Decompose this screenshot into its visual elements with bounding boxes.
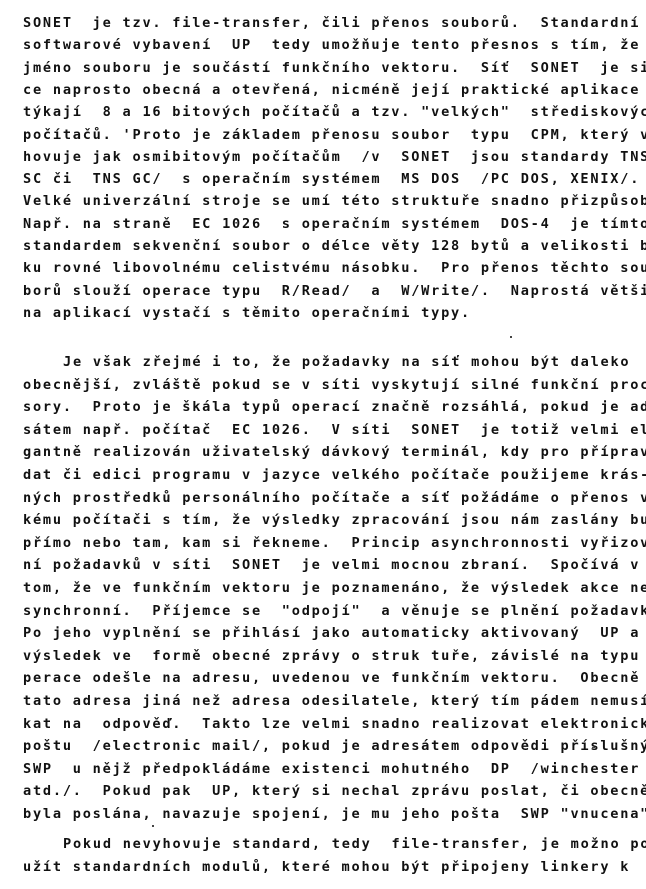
text-line: SC či TNS GC/ s operačním systémem MS DO… [23, 169, 640, 189]
text-line: ní požadavků v síti SONET je velmi mocno… [23, 555, 640, 575]
text-line: obecnější, zvláště pokud se v síti vysky… [23, 375, 646, 395]
text-line: byla poslána, navazuje spojení, je mu je… [23, 804, 646, 824]
text-line: počítačů. 'Proto je základem přenosu sou… [23, 125, 646, 145]
scan-speck [592, 747, 595, 748]
scan-speck [152, 825, 154, 827]
text-line: přímo nebo tam, kam si řekneme. Princip … [23, 533, 646, 553]
text-line: jméno souboru je součástí funkčního vekt… [23, 58, 646, 78]
text-line: ku rovné libovolnému celistvému násobku.… [23, 258, 646, 278]
text-line: Je však zřejmé i to, že požadavky na síť… [63, 352, 630, 372]
text-line: kému počítači s tím, že výsledky zpracov… [23, 510, 646, 530]
text-line: na aplikací vystačí s těmito operačními … [23, 303, 471, 323]
text-line: kat na odpověď. Takto lze velmi snadno r… [23, 714, 646, 734]
text-line: výsledek ve formě obecné zprávy o struk … [23, 646, 646, 666]
text-line: ných prostředků personálního počítače a … [23, 488, 646, 508]
text-line: Po jeho vyplnění se přihlásí jako automa… [23, 623, 640, 643]
text-line: týkají 8 a 16 bitových počítačů a tzv. "… [23, 102, 646, 122]
text-line: borů slouží operace typu R/Read/ a W/Wri… [23, 281, 646, 301]
text-line: SONET je tzv. file-transfer, čili přenos… [23, 13, 640, 33]
text-line: Pokud nevyhovuje standard, tedy file-tra… [63, 834, 646, 854]
typewritten-page: SONET je tzv. file-transfer, čili přenos… [0, 0, 646, 889]
text-line: ce naprosto obecná a otevřená, nicméně j… [23, 80, 646, 100]
text-line: Velké univerzální stroje se umí této str… [23, 191, 646, 211]
text-line: tom, že ve funkčním vektoru je poznamená… [23, 578, 646, 598]
text-line: hovuje jak osmibitovým počítačům /v SONE… [23, 147, 646, 167]
text-line: poštu /electronic mail/, pokud je adresá… [23, 736, 646, 756]
scan-speck [510, 336, 512, 338]
text-line: gantně realizován uživatelský dávkový te… [23, 442, 646, 462]
text-line: tato adresa jiná než adresa odesilatele,… [23, 691, 646, 711]
text-line: synchronní. Příjemce se "odpojí" a věnuj… [23, 601, 646, 621]
text-line: dat či edici programu v jazyce velkého p… [23, 465, 646, 485]
text-line: užít standardních modulů, které mohou bý… [23, 857, 630, 877]
text-line: perace odešle na adresu, uvedenou ve fun… [23, 668, 646, 688]
text-line: sory. Proto je škála typů operací značně… [23, 397, 646, 417]
text-line: softwarové vybavení UP tedy umožňuje ten… [23, 35, 640, 55]
text-line: SWP u nějž předpokládáme existenci mohut… [23, 759, 640, 779]
text-line: Např. na straně EC 1026 s operačním syst… [23, 214, 646, 234]
text-line: sátem např. počítač EC 1026. V síti SONE… [23, 420, 646, 440]
text-line: atd./. Pokud pak UP, který si nechal zpr… [23, 781, 646, 801]
text-line: standardem sekvenční soubor o délce věty… [23, 236, 646, 256]
